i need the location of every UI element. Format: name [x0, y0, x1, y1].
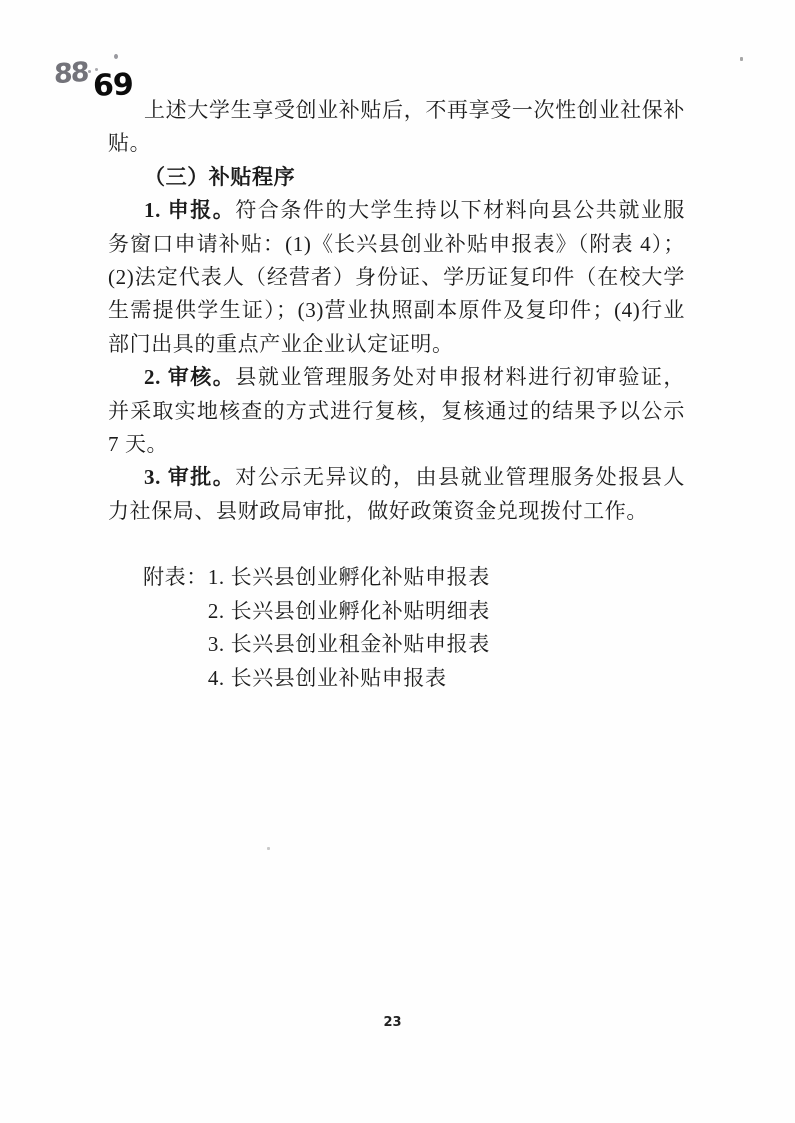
scan-speck [740, 57, 743, 61]
intro-paragraph: 上述大学生享受创业补贴后，不再享受一次性创业社保补贴。 [108, 94, 685, 161]
step-paragraph-declare: 1. 申报。符合条件的大学生持以下材料向县公共就业服务窗口申请补贴：(1)《长兴… [108, 194, 685, 361]
stamp-ink-dot [95, 68, 98, 71]
stamp-number-light: 88 [54, 57, 87, 90]
attachment-item: 3. 长兴县创业租金补贴申报表 [208, 628, 685, 661]
attachments-label: 附表： [143, 561, 208, 594]
attachment-item: 2. 长兴县创业孵化补贴明细表 [208, 595, 685, 628]
step-lead: 3. 审批。 [144, 465, 235, 489]
document-page: 88 69 上述大学生享受创业补贴后，不再享受一次性创业社保补贴。 （三）补贴程… [0, 0, 795, 1123]
stray-pen-mark: 、 [381, 449, 400, 474]
attachments-block: 附表： 1. 长兴县创业孵化补贴申报表 2. 长兴县创业孵化补贴明细表 3. 长… [108, 561, 685, 695]
section-heading: （三）补贴程序 [108, 161, 685, 194]
document-body: 上述大学生享受创业补贴后，不再享受一次性创业社保补贴。 （三）补贴程序 1. 申… [108, 94, 685, 695]
scan-speck [267, 847, 270, 850]
attachment-item: 4. 长兴县创业补贴申报表 [208, 662, 685, 695]
attachments-list: 1. 长兴县创业孵化补贴申报表 2. 长兴县创业孵化补贴明细表 3. 长兴县创业… [208, 561, 685, 695]
page-number: 23 [0, 1015, 785, 1030]
stamp-ink-dot [114, 54, 118, 59]
step-lead: 2. 审核。 [144, 365, 235, 389]
step-paragraph-review: 2. 审核。县就业管理服务处对申报材料进行初审验证，并采取实地核查的方式进行复核… [108, 361, 685, 461]
stamp-ink-dot [88, 70, 91, 73]
attachment-item: 1. 长兴县创业孵化补贴申报表 [208, 561, 685, 594]
step-lead: 1. 申报。 [144, 198, 235, 222]
